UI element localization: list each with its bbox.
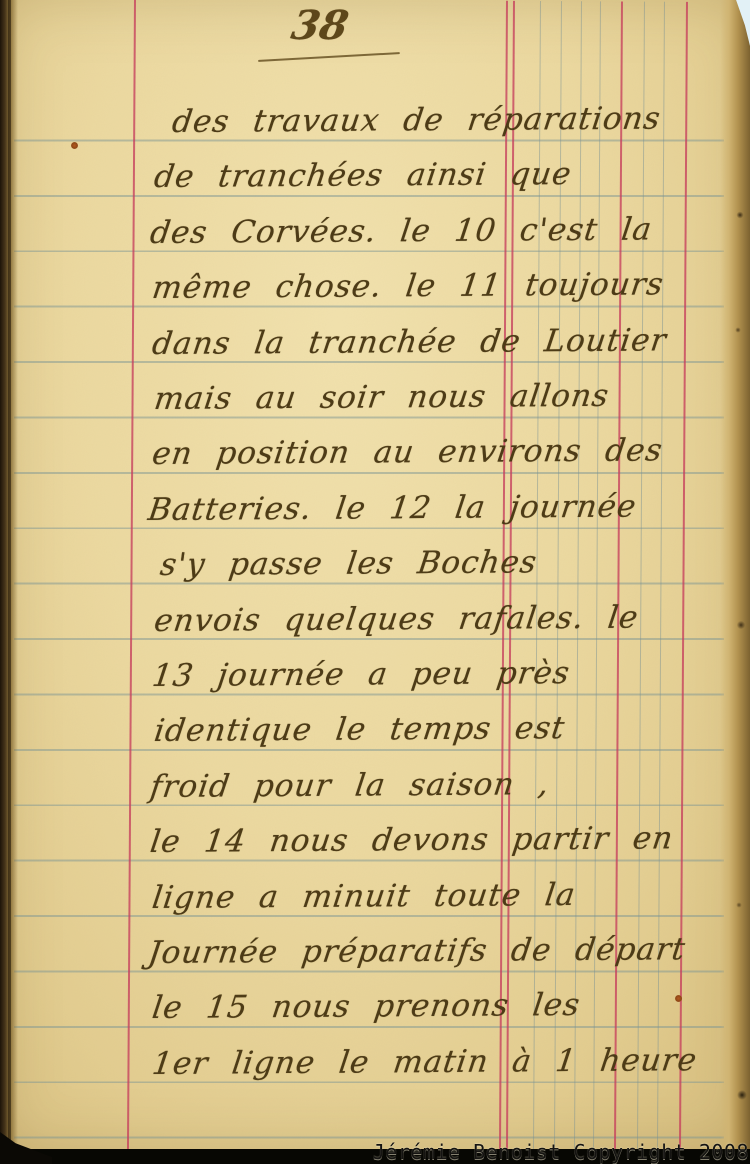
handwritten-line: en position au environs des xyxy=(150,416,667,472)
diary-page-scan: 38 des travaux de réparations de tranché… xyxy=(0,0,750,1164)
binding-crease xyxy=(8,0,11,1164)
handwritten-line: s'y passe les Boches xyxy=(158,528,542,583)
handwritten-line: des Corvées. le 10 c'est la xyxy=(148,196,657,251)
notebook-paper: 38 des travaux de réparations de tranché… xyxy=(0,0,750,1152)
rust-spot xyxy=(675,995,682,1002)
handwritten-line: dans la tranchée de Loutier xyxy=(150,306,671,362)
ledger-line-gray xyxy=(637,2,645,1154)
handwritten-line: ligne a minuit toute la xyxy=(150,861,580,916)
handwritten-line: froid pour la saison , xyxy=(148,750,554,805)
ledger-line-red xyxy=(679,2,688,1154)
handwritten-line: des travaux de réparations xyxy=(170,85,665,140)
handwritten-line: identique le temps est xyxy=(152,694,569,749)
ledger-line-gray xyxy=(593,1,601,1153)
page-edge-wear xyxy=(732,0,748,1164)
handwritten-line: le 15 nous prenons les xyxy=(150,971,585,1026)
handwritten-line: 13 journée a peu près xyxy=(150,639,574,694)
handwritten-line: mais au soir nous allons xyxy=(152,362,614,417)
handwritten-line: envois quelques rafales. le xyxy=(152,584,643,639)
ledger-line-red xyxy=(614,2,623,1154)
handwritten-line: Batteries. le 12 la journée xyxy=(146,473,641,528)
rust-spot xyxy=(71,142,78,149)
ledger-line-gray xyxy=(657,2,665,1154)
handwritten-line: même chose. le 11 toujours xyxy=(150,250,668,306)
handwritten-line: Journée préparatifs de départ xyxy=(146,915,690,971)
handwritten-line: de tranchées ainsi que xyxy=(152,140,576,195)
copyright-watermark: Jérémie Benoist Copyright 2008 xyxy=(373,1140,749,1164)
handwritten-line: le 14 nous devons partir en xyxy=(148,804,678,860)
left-margin-line xyxy=(127,0,136,1151)
page-number: 38 xyxy=(251,2,389,49)
handwritten-line: 1er ligne le matin à 1 heure xyxy=(150,1026,702,1082)
